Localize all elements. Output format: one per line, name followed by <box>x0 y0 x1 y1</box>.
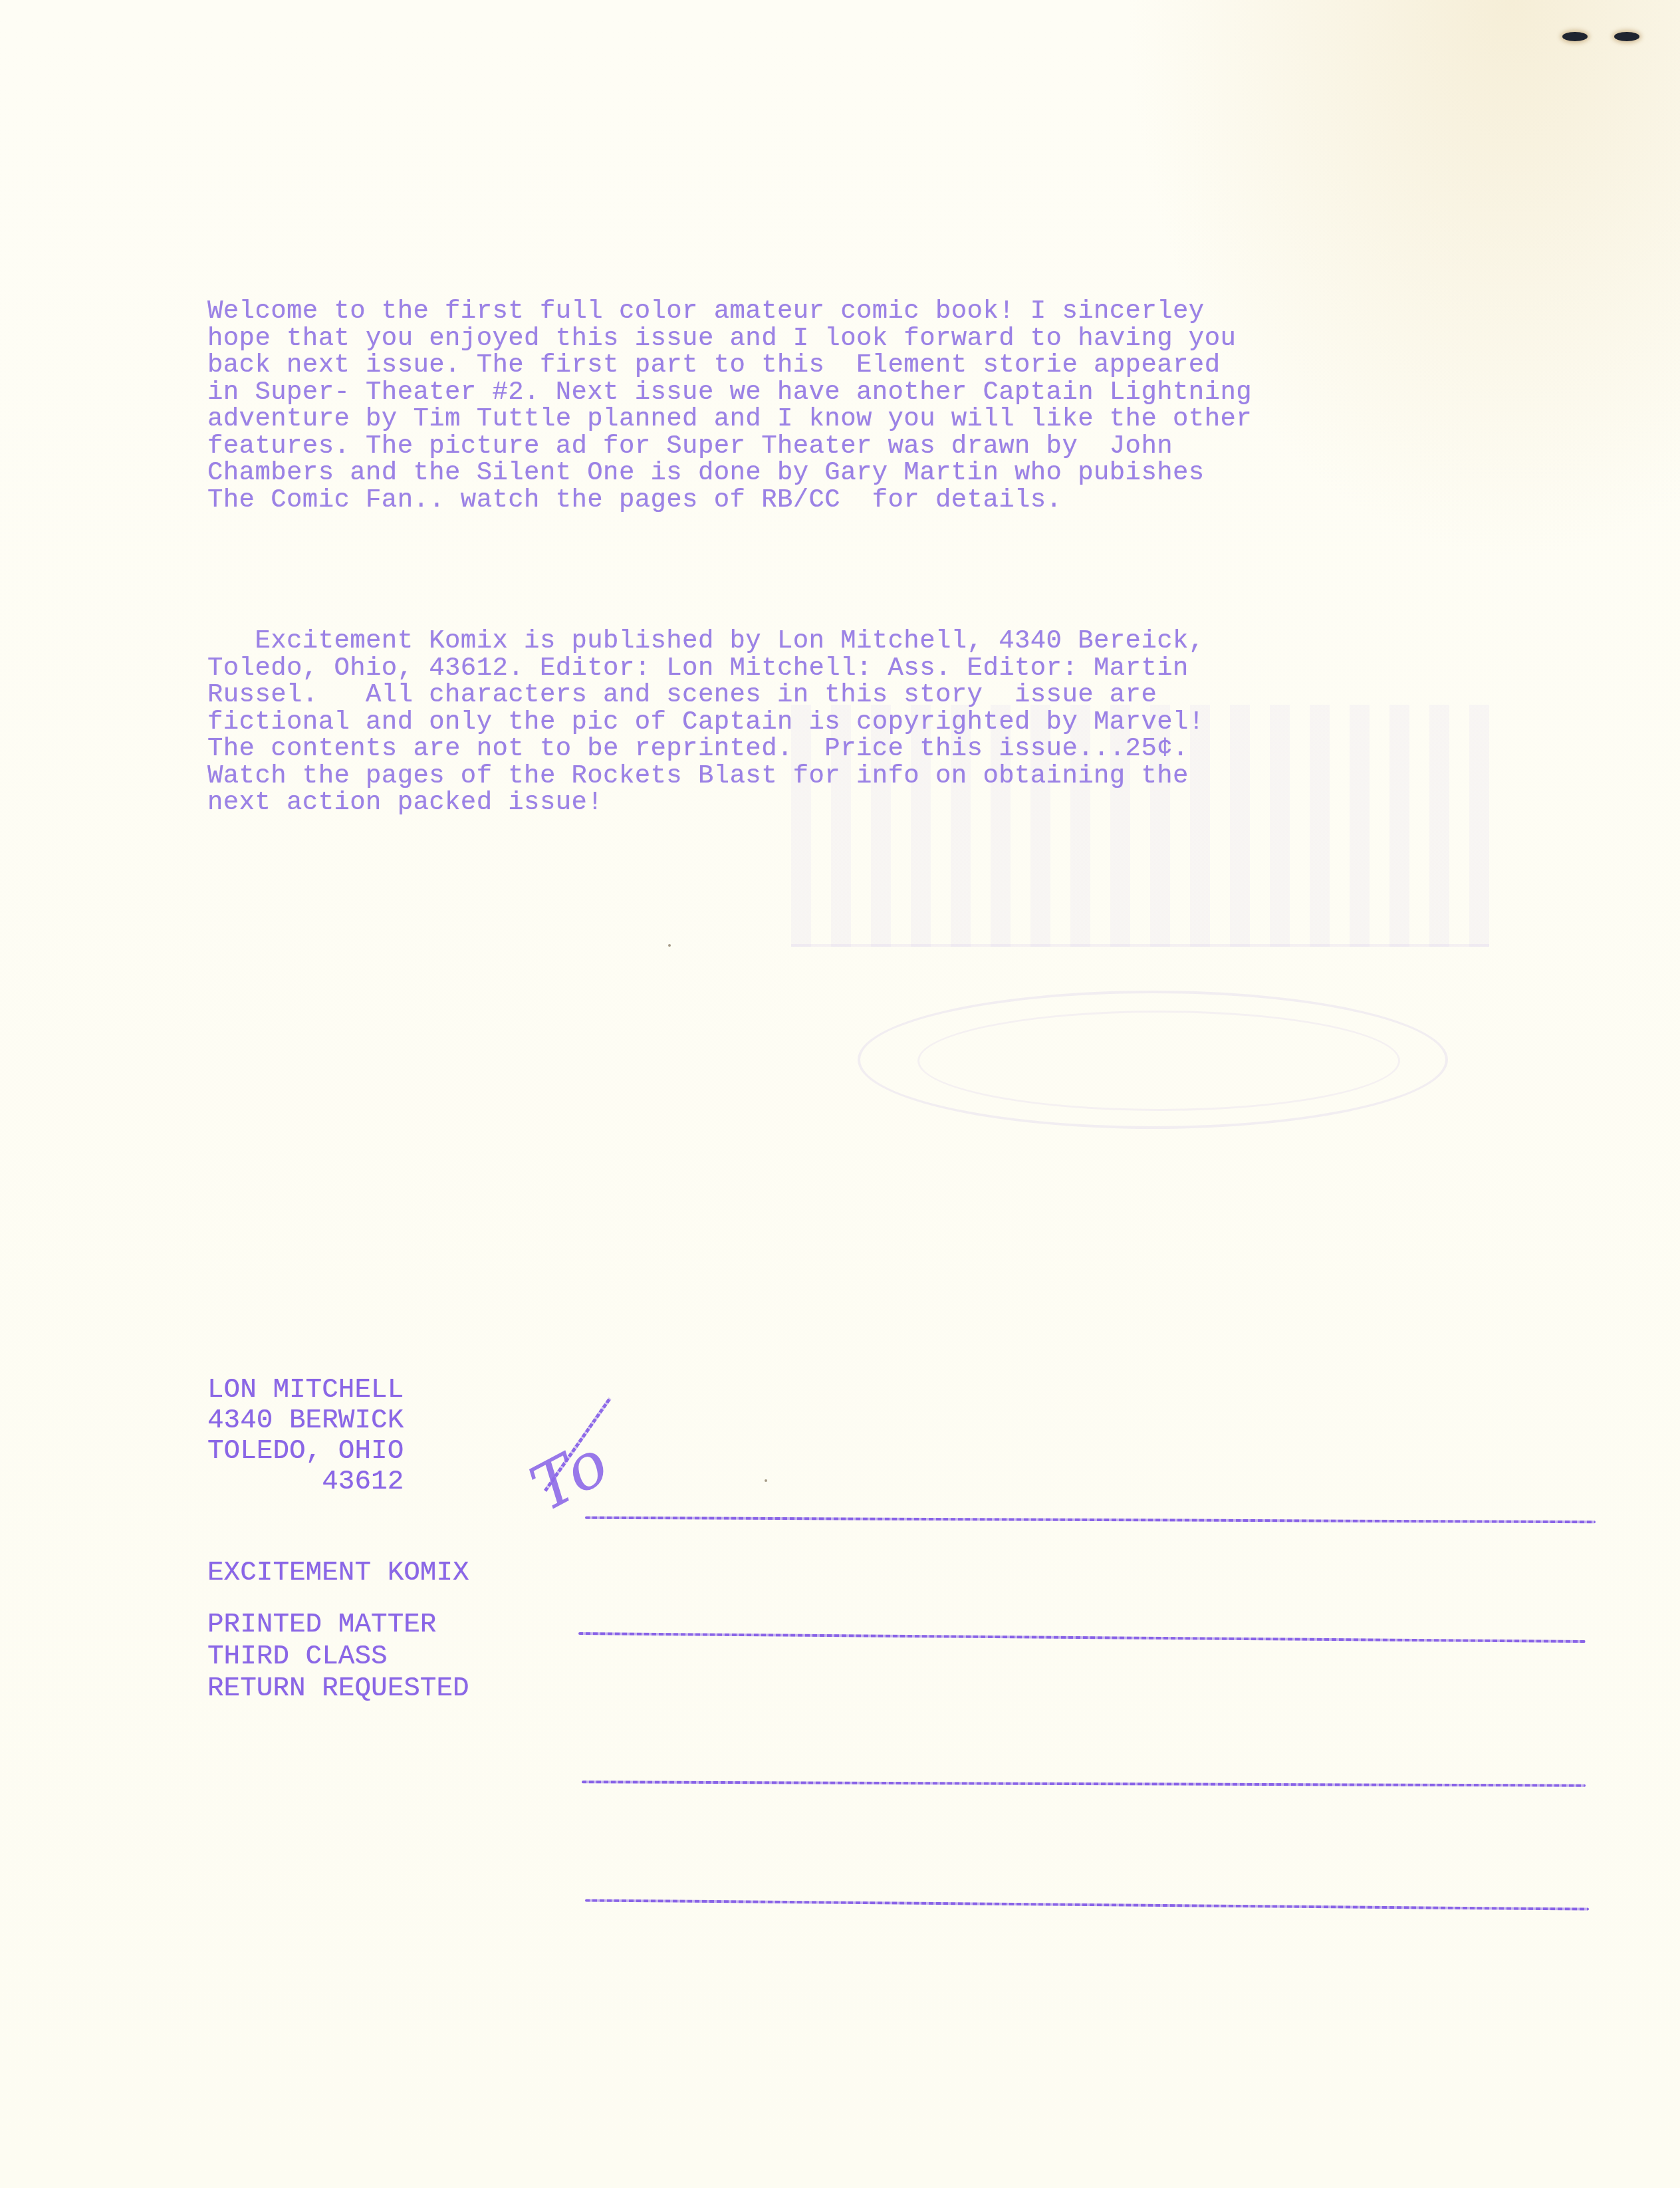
staple-hole <box>1614 32 1639 41</box>
recipient-address-line-1 <box>585 1517 1596 1524</box>
return-address: LON MITCHELL 4340 BERWICK TOLEDO, OHIO 4… <box>207 1375 404 1497</box>
paper-speck <box>668 944 671 947</box>
paper-speck <box>765 1479 767 1482</box>
recipient-address-line-2 <box>578 1632 1586 1643</box>
publication-name: EXCITEMENT KOMIX <box>207 1558 469 1588</box>
editorial-paragraph-1: Welcome to the first full color amateur … <box>207 298 1252 513</box>
postal-class-notice: PRINTED MATTER THIRD CLASS RETURN REQUES… <box>207 1609 469 1705</box>
recipient-address-line-4 <box>585 1899 1589 1910</box>
editorial-paragraph-2: Excitement Komix is published by Lon Mit… <box>207 628 1205 816</box>
show-through-logo-inner <box>917 1011 1400 1111</box>
staple-hole <box>1562 32 1588 41</box>
scanned-page: Welcome to the first full color amateur … <box>0 0 1680 2188</box>
recipient-address-line-3 <box>582 1780 1586 1786</box>
staple-holes <box>1562 32 1639 41</box>
to-label: To <box>519 1426 620 1526</box>
